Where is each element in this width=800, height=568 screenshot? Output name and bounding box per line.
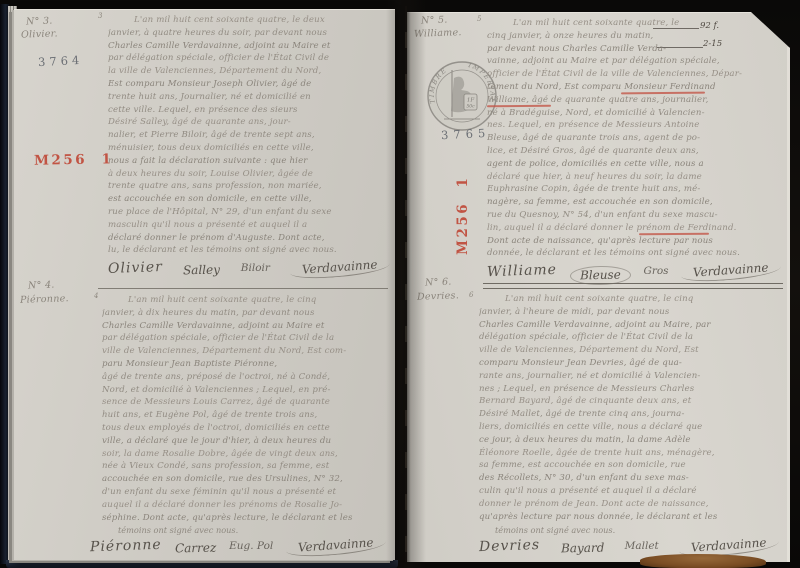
manuscript-line: comparu Monsieur Jean Devries, âgé de qu… — [479, 357, 781, 370]
manuscript-line: la ville de Valenciennes, Département du… — [108, 65, 394, 78]
margin-entry-name: Olivier. — [21, 28, 58, 40]
manuscript-line: trente quatre ans, sans profession, non … — [108, 180, 394, 193]
manuscript-line: lu, le déclarant et les témoins ont sign… — [108, 244, 394, 257]
manuscript-line: Charles Camille Verdavainne, adjoint au … — [108, 40, 394, 53]
manuscript-line: déclaré donner le prénom d'Auguste. Dont… — [108, 232, 394, 245]
signature: Williame — [487, 262, 557, 280]
margin-entry-number: N° 6. — [425, 277, 452, 289]
margin-entry-number: N° 4. — [28, 280, 55, 292]
act-entry-olivier: L'an mil huit cent soixante quatre, le d… — [108, 14, 394, 257]
entry-mark: 3 — [98, 12, 102, 20]
timbre-value-2: 50c — [466, 104, 475, 110]
signature: Olivier — [108, 259, 163, 277]
margin-entry-name: Devries. — [417, 290, 459, 302]
manuscript-line: cette ville. Lequel, en présence des sie… — [108, 104, 394, 117]
manuscript-line: est accouchée en son domicile, en cette … — [108, 193, 394, 206]
act-entry-pieronne: L'an mil huit cent soixante quatre, le c… — [102, 294, 394, 524]
manuscript-line: Dont acte de naissance, qu'après lecture… — [487, 235, 785, 248]
manuscript-line: ce jour, à deux heures du matin, la dame… — [479, 434, 781, 447]
manuscript-line: cinq janvier, à onze heures du matin, — [487, 30, 785, 43]
manuscript-line: officier de l'État Civil de la ville de … — [487, 68, 785, 81]
manuscript-line: rante ans, journalier, né et domicilié à… — [479, 370, 781, 383]
manuscript-line: par devant nous Charles Camille Verda- — [487, 43, 785, 56]
act-entry-devries: L'an mil huit cent soixante quatre, le c… — [479, 293, 781, 523]
manuscript-line: sence de Messieurs Louis Carrez, âgé de … — [102, 396, 394, 409]
manuscript-line: Bernard Bayard, âgé de cinquante deux an… — [479, 395, 781, 408]
margin-entry-name: Piéronne. — [20, 293, 69, 306]
manuscript-line: L'an mil huit cent soixante quatre, le d… — [108, 14, 394, 27]
entry-mark: 6 — [469, 291, 473, 299]
signatures-row: DevriesBayardMalletVerdavainne — [479, 538, 779, 555]
manuscript-line: lin, auquel il a déclaré donner le préno… — [487, 222, 785, 235]
signature: Verdavainne — [290, 257, 391, 281]
manuscript-line: Nord, et domicilié à Valenciennes ; Lequ… — [102, 384, 394, 397]
manuscript-line: L'an mil huit cent soixante quatre, le c… — [102, 294, 394, 307]
manuscript-line: culin qu'il nous a présenté et auquel il… — [479, 485, 781, 498]
signature: Salley — [183, 263, 220, 278]
signature: Carrez — [175, 541, 216, 556]
manuscript-line: L'an mil huit cent soixante quatre, le c… — [479, 293, 781, 306]
manuscript-line: d'un enfant du sexe féminin qu'il nous a… — [102, 486, 394, 499]
manuscript-line: masculin qu'il nous a présenté et auquel… — [108, 219, 394, 232]
signatures-row: WilliameBleuseGrosVerdavainne — [487, 263, 781, 285]
right-page: N° 5. Williame. TIMBRE IMPÉRIAL 1F 50c 3… — [407, 12, 790, 563]
signature: Piéronne — [90, 537, 162, 555]
timbre-value-1: 1F — [467, 98, 474, 104]
manuscript-line: nes. Lequel, en présence de Messieurs An… — [487, 119, 785, 132]
manuscript-line: ville, a déclaré que le jour d'hier, à d… — [102, 435, 394, 448]
manuscript-line: donner le prénom de Jean. Dont acte de n… — [479, 498, 781, 511]
closing-line: témoins ont signé avec nous. — [495, 525, 615, 535]
manuscript-line: trente huit ans, Journalier, né et domic… — [108, 91, 394, 104]
manuscript-line: liers, domiciliés en cette ville, nous a… — [479, 421, 781, 434]
manuscript-line: Éléonore Roelle, âgée de trente huit ans… — [479, 447, 781, 460]
manuscript-line: Charles Camille Verdavainne, adjoint au … — [102, 320, 394, 333]
manuscript-line: huit ans, et Eugène Pol, âgé de trente t… — [102, 409, 394, 422]
manuscript-line: Désiré Salley, âgé de quarante ans, jour… — [108, 116, 394, 129]
manuscript-line: janvier, à quatre heures du soir, par de… — [108, 27, 394, 40]
entry-mark: 4 — [94, 292, 98, 300]
manuscript-line: déclaré que hier, à neuf heures du soir,… — [487, 171, 785, 184]
page-number-stamp: 3764 — [38, 53, 84, 69]
manuscript-line: délégation spéciale, officier de l'État … — [479, 331, 781, 344]
manuscript-line: accouchée en son domicile, rue des Ursul… — [102, 473, 394, 486]
manuscript-line: vainne, adjoint au Maire et par délégati… — [487, 55, 785, 68]
entry-divider — [483, 283, 783, 289]
entry-mark: 5 — [477, 15, 481, 23]
manuscript-line: Désiré Mallet, âgé de trente cinq ans, j… — [479, 408, 781, 421]
signature: Bayard — [561, 541, 605, 556]
page-number-stamp: 3765 — [441, 126, 491, 143]
margin-entry-name: Williame. — [414, 27, 462, 40]
manuscript-line: par délégation spéciale, officier de l'É… — [108, 52, 394, 65]
margin-entry-number: N° 5. — [421, 15, 448, 27]
entry-divider — [98, 288, 388, 289]
manuscript-line: par délégation spéciale, officier de l'É… — [102, 332, 394, 345]
manuscript-line: sa femme, est accouchée en son domicile,… — [479, 459, 781, 472]
manuscript-line: qu'après lecture par nous donnée, le déc… — [479, 511, 781, 524]
manuscript-line: soir, la dame Rosalie Dobre, âgée de vin… — [102, 448, 394, 461]
manuscript-line: à deux heures du soir, Louise Olivier, â… — [108, 168, 394, 181]
archive-stamp: M256 1 — [455, 176, 471, 255]
manuscript-line: âgé de trente ans, préposé de l'octroi, … — [102, 371, 394, 384]
register-book-scan: N° 3. Olivier. 3764 M256 1 3 L'an mil hu… — [0, 0, 800, 568]
worn-leather-patch — [640, 554, 766, 568]
manuscript-line: des Récollets, N° 30, d'un enfant du sex… — [479, 472, 781, 485]
signatures-row: PiéronneCarrezEug. PolVerdavainne — [90, 538, 386, 555]
manuscript-line: nes ; Lequel, en présence de Messieurs C… — [479, 383, 781, 396]
manuscript-line: nagère, sa femme, est accouchée en son d… — [487, 196, 785, 209]
manuscript-line: Euphrasine Copin, âgée de trente huit an… — [487, 183, 785, 196]
manuscript-line: Bleuse, âgé de quarante trois ans, agent… — [487, 132, 785, 145]
manuscript-line: ville de Valenciennes, Département du No… — [479, 344, 781, 357]
manuscript-line: née à Vieux Condé, sans profession, sa f… — [102, 460, 394, 473]
page-edge-highlight — [787, 47, 790, 563]
manuscript-line: paru Monsieur Jean Baptiste Piéronne, — [102, 358, 394, 371]
archive-stamp: M256 1 — [34, 151, 114, 168]
manuscript-line: séphine. Dont acte, qu'après lecture, le… — [102, 512, 394, 525]
act-entry-williame: L'an mil huit cent soixante quatre, leci… — [487, 17, 785, 260]
signatures-row: OlivierSalleyBiloirVerdavainne — [108, 260, 390, 277]
manuscript-line: janvier, à l'heure de midi, par devant n… — [479, 306, 781, 319]
manuscript-line: né à Bradéguise, Nord, et domicilié à Va… — [487, 107, 785, 120]
manuscript-line: tous deux employés de l'octroi, domicili… — [102, 422, 394, 435]
manuscript-line: donnée, le déclarant et les témoins ont … — [487, 247, 785, 260]
signature: Verdavainne — [286, 535, 387, 559]
left-page: N° 3. Olivier. 3764 M256 1 3 L'an mil hu… — [14, 9, 395, 560]
manuscript-line: ville de Valenciennes, Département du No… — [102, 345, 394, 358]
manuscript-line: L'an mil huit cent soixante quatre, le — [487, 17, 785, 30]
signature: Devries — [479, 537, 541, 555]
signature: Verdavainne — [681, 260, 782, 284]
manuscript-line: rue place de l'Hôpital, N° 29, d'un enfa… — [108, 206, 394, 219]
book-gutter-line — [405, 6, 407, 562]
manuscript-line: agent de police, domiciliés en cette vil… — [487, 158, 785, 171]
manuscript-line: Est comparu Monsieur Joseph Olivier, âgé… — [108, 78, 394, 91]
manuscript-line: rue du Quesnoy, N° 54, d'un enfant du se… — [487, 209, 785, 222]
manuscript-line: ménuisier, tous deux domiciliés en cette… — [108, 142, 394, 155]
manuscript-line: nalier, et Pierre Biloir, âgé de trente … — [108, 129, 394, 142]
signature: Gros — [643, 265, 668, 277]
manuscript-line: janvier, à dix heures du matin, par deva… — [102, 307, 394, 320]
book-cover-bottom — [6, 560, 398, 568]
closing-line: témoins ont signé avec nous. — [118, 525, 238, 535]
manuscript-line: Charles Camille Verdavainne, adjoint au … — [479, 319, 781, 332]
signature: Mallet — [625, 540, 659, 552]
margin-entry-number: N° 3. — [26, 16, 53, 28]
manuscript-line: nous a fait la déclaration suivante : qu… — [108, 155, 394, 168]
signature: Biloir — [241, 262, 270, 274]
signature: Eug. Pol — [229, 540, 273, 552]
manuscript-line: auquel il a déclaré donner les prénoms d… — [102, 499, 394, 512]
manuscript-line: lice, et Désiré Gros, âgé de quarante de… — [487, 145, 785, 158]
